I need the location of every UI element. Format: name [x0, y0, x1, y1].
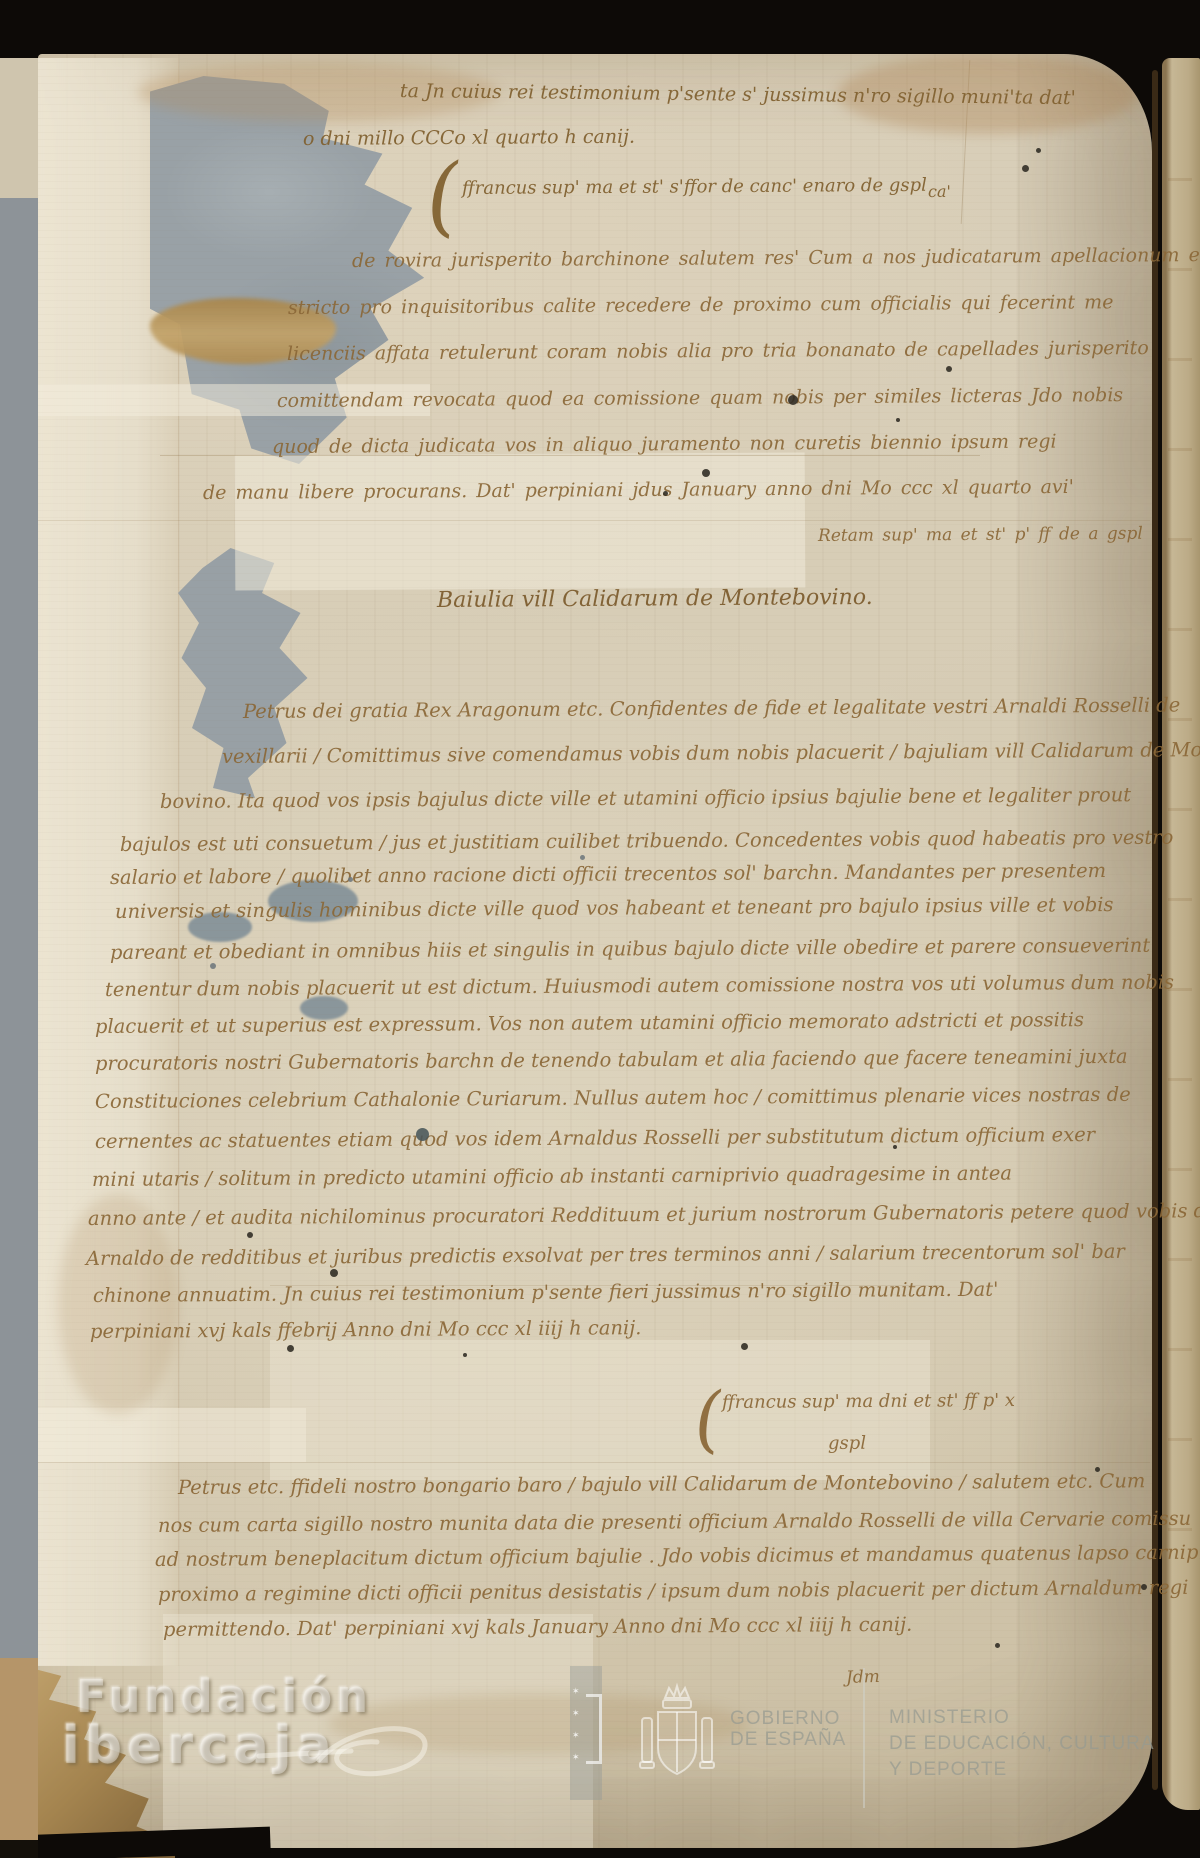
ink-spot	[741, 1343, 748, 1350]
manuscript-line-letter-rovira: Retam sup' ma et st' p' ff de a gspl	[818, 524, 1143, 546]
ministerio-line3: Y DEPORTE	[889, 1757, 1155, 1783]
ibercaja-flourish-icon	[255, 1716, 445, 1794]
ministerio-line2: DE EDUCACIÓN, CULTURA	[889, 1731, 1155, 1757]
gov-logo-bracket	[586, 1694, 602, 1764]
manuscript-line-chancery-subscription: gspl	[828, 1433, 866, 1454]
ink-spot	[1141, 1584, 1147, 1590]
ink-spot	[1022, 165, 1029, 172]
ink-spot	[463, 1353, 467, 1357]
ink-spot	[330, 1269, 338, 1277]
ink-spot	[1095, 1467, 1100, 1472]
ink-spot	[416, 1128, 429, 1141]
ibercaja-watermark-line1: Fundación	[62, 1674, 372, 1720]
ink-spot	[663, 491, 668, 496]
page-crease	[961, 60, 971, 224]
manuscript-line-charter-bajulia: perpiniani xvj kals ffebrij Anno dni Mo …	[90, 1316, 642, 1343]
manuscript-line-top-fragment-close: ffrancus sup' ma et st' s'ffor de canc' …	[462, 175, 927, 199]
manuscript-photo-stage: ta Jn cuius rei testimonium p'sente s' j…	[0, 0, 1200, 1858]
ink-spot	[896, 418, 900, 422]
ink-spot	[702, 469, 710, 477]
manuscript-line-rubric-heading: Baiulia vill Calidarum de Montebovino.	[437, 585, 873, 613]
gobierno-line1: GOBIERNO	[730, 1708, 846, 1729]
manuscript-line-top-fragment-close: (	[423, 146, 463, 248]
ink-spot	[995, 1643, 1000, 1648]
ink-spot	[580, 855, 585, 860]
manuscript-line-top-fragment-close: o dni millo CCCo xl quarto h canij.	[303, 126, 635, 150]
manuscript-line-top-fragment-close: ca'	[928, 182, 951, 201]
left-backing-column	[0, 0, 38, 1858]
ministerio-line1: MINISTERIO	[889, 1705, 1155, 1731]
spain-gov-flag-icon: ✶ ✶ ✶ ✶	[570, 1666, 602, 1800]
ink-spot	[348, 877, 353, 882]
paper-patch	[235, 453, 806, 591]
fragment-seam	[38, 1462, 1150, 1463]
repair-strip-left	[38, 58, 179, 1666]
ministerio-watermark: MINISTERIO DE EDUCACIÓN, CULTURA Y DEPOR…	[889, 1705, 1155, 1783]
book-gutter-shadow	[1152, 70, 1158, 1790]
gobierno-line2: DE ESPAÑA	[730, 1729, 846, 1750]
ink-spot	[287, 1345, 294, 1352]
manuscript-line-chancery-subscription: (	[691, 1376, 725, 1462]
ink-spot	[1036, 148, 1041, 153]
ink-spot	[788, 395, 798, 405]
ink-spot	[210, 963, 216, 969]
ink-spot	[247, 1232, 253, 1238]
gobierno-watermark: GOBIERNO DE ESPAÑA	[730, 1708, 846, 1750]
paper-patch	[38, 1408, 306, 1462]
gov-watermark-divider	[863, 1668, 865, 1808]
manuscript-line-chancery-subscription: ffrancus sup' ma dni et st' ff p' x	[722, 1390, 1015, 1413]
ink-spot	[893, 1145, 897, 1149]
ink-spot	[946, 366, 952, 372]
fragment-seam	[38, 520, 1150, 521]
spain-coat-of-arms-icon	[638, 1682, 716, 1792]
